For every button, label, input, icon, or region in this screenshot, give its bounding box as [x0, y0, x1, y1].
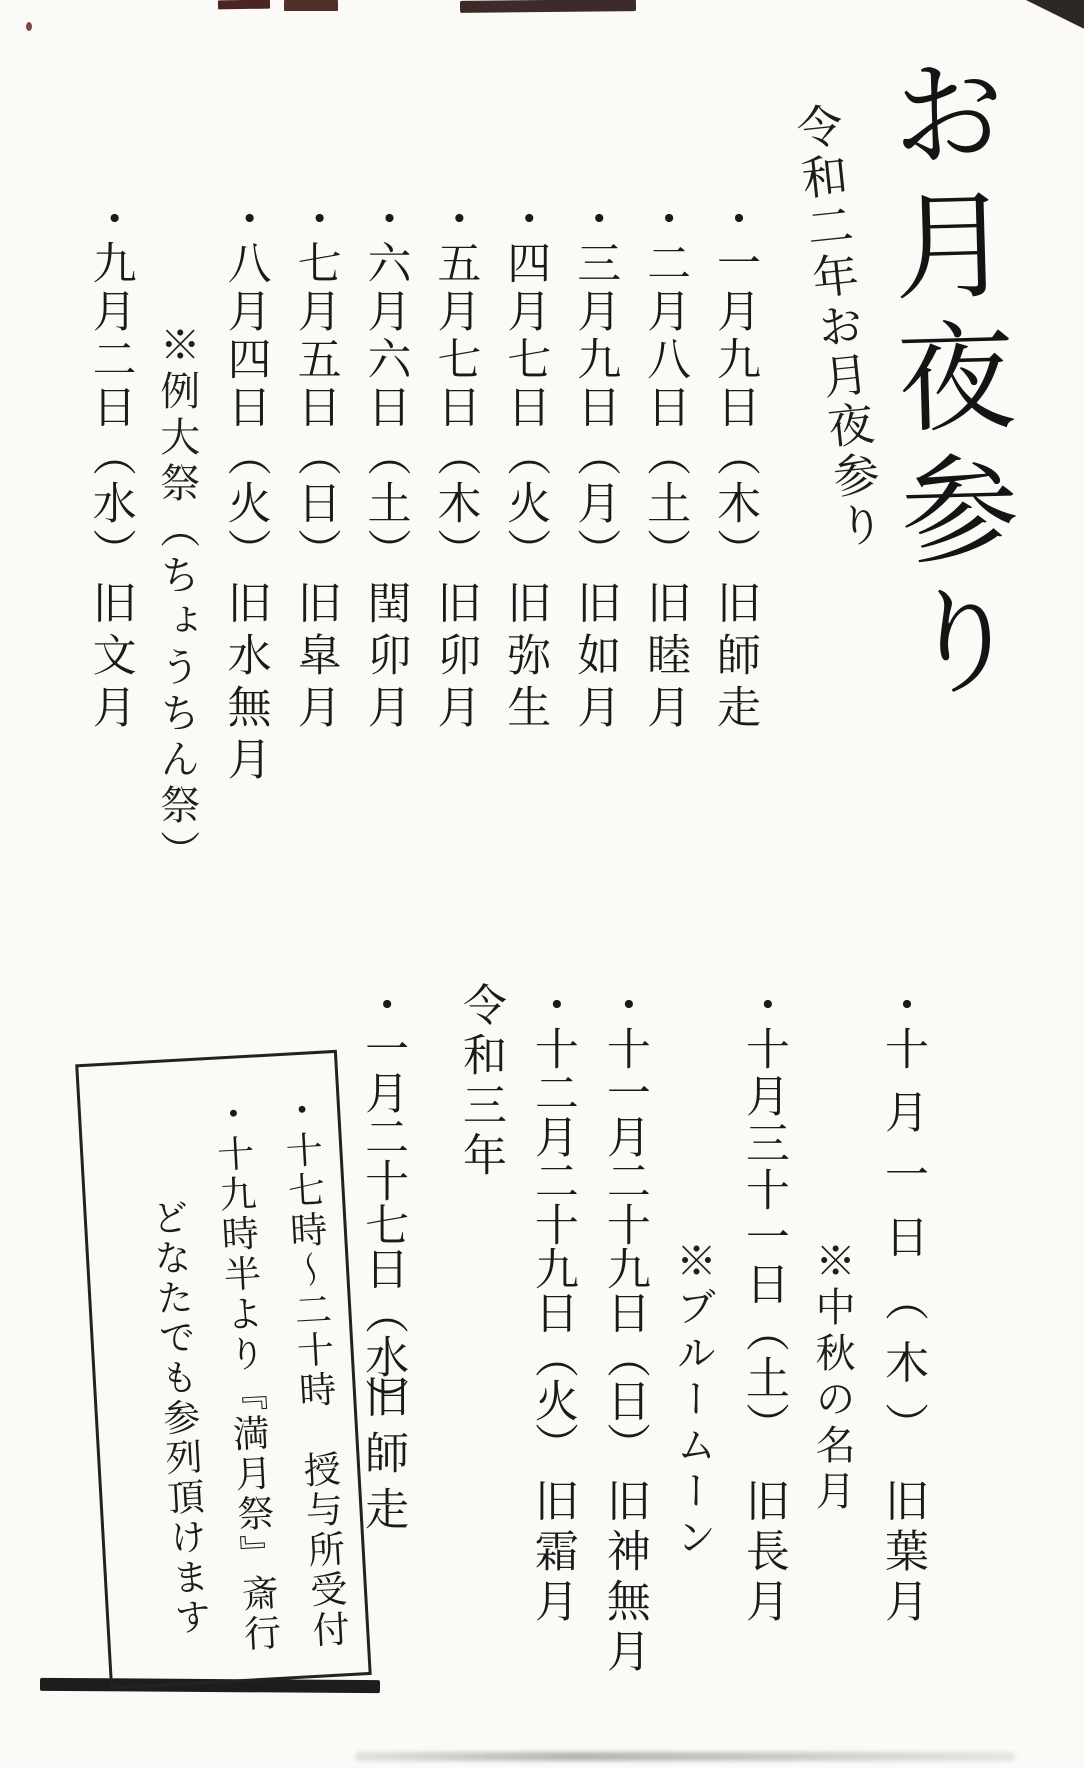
bullet-glyph: ・ — [430, 196, 479, 240]
open-attendance-line: どなたでも参列頂けます — [138, 1098, 211, 1683]
note-text: ※例大祭（ちょうちん祭） — [155, 324, 200, 876]
page-title: お月夜参り — [850, 50, 1038, 714]
old-month-text: 旧文月 — [86, 580, 135, 736]
date-text: 九月二日（水） — [84, 240, 136, 572]
date-text: 二月八日（土） — [638, 240, 690, 572]
bullet-glyph: ・ — [86, 196, 135, 240]
year-text: 令和三年 — [456, 982, 505, 1182]
note-text: ※ブルームーン — [671, 1240, 716, 1562]
old-month-text: 旧睦月 — [640, 580, 689, 736]
date-text: 四月七日（火） — [498, 240, 550, 572]
old-month-text: 旧霜月 — [528, 1478, 577, 1628]
old-month-text: 旧弥生 — [500, 580, 549, 736]
old-month-text: 旧神無月 — [600, 1478, 649, 1678]
note-text: ※中秋の名月 — [810, 1240, 855, 1516]
bullet-glyph: ・ — [360, 196, 409, 240]
bullet-glyph: ・ — [739, 982, 788, 1026]
bullet-glyph: ・ — [291, 196, 340, 240]
date-text: 一月九日（木） — [708, 240, 760, 572]
harvest-moon-note: ※中秋の名月 — [809, 982, 856, 1762]
old-month-text: 旧皐月 — [291, 580, 340, 736]
scan-mark-top-right-corner — [1018, 0, 1084, 36]
bullet-glyph: ・ — [358, 982, 407, 1026]
scan-dot-top-left — [26, 22, 32, 31]
date-text: 三月九日（月） — [568, 240, 620, 572]
date-text: 六月六日（土） — [359, 240, 411, 572]
list-item: ・十月三十一日（土）旧長月 — [737, 982, 789, 1762]
full-moon-festival-line: ・十九時半より『満月祭』斎行 — [207, 1094, 280, 1679]
list-item: ・十二月二十九日（火）旧霜月 — [526, 982, 578, 1762]
bullet-glyph: ・ — [710, 196, 759, 240]
bullet-glyph: ・ — [528, 982, 577, 1026]
reiwa3-year-label: 令和三年 — [454, 982, 506, 1762]
ceremony-info-box: ・十七時〜二十時 授与所受付 ・十九時半より『満月祭』斎行 どなたでも参列頂けま… — [75, 1050, 372, 1690]
moon-dates-list-oct-jan: ・十月一日（木）旧葉月 ※中秋の名月 ・十月三十一日（土）旧長月 ※ブルームーン… — [336, 982, 928, 1762]
bullet-glyph: ・ — [221, 196, 270, 240]
old-month-text: 旧師走 — [710, 580, 759, 736]
scan-mark-top-left-1 — [218, 0, 270, 9]
old-month-text: 旧卯月 — [430, 580, 479, 736]
date-text: 十月一日（木） — [876, 1026, 928, 1446]
date-text: 十月三十一日（土） — [737, 1026, 789, 1446]
date-text: 七月五日（日） — [289, 240, 341, 572]
bullet-glyph: ・ — [640, 196, 689, 240]
list-item: ・十一月二十九日（日）旧神無月 — [598, 982, 650, 1762]
old-month-text: 旧葉月 — [878, 1478, 927, 1628]
old-month-text: 旧水無月 — [221, 580, 270, 788]
old-month-text: 旧長月 — [739, 1478, 788, 1628]
flyer-page: お月夜参り 令和二年お月夜参り ・一月九日（木）旧師走 ・二月八日（土）旧睦月 … — [0, 0, 1084, 1768]
bullet-glyph: ・ — [500, 196, 549, 240]
bullet-glyph: ・ — [600, 982, 649, 1026]
date-text: 一月二十七日（水） — [356, 1026, 408, 1326]
old-month-text: 旧師走 — [358, 1374, 407, 1542]
ceremony-info-content: ・十七時〜二十時 授与所受付 ・十九時半より『満月祭』斎行 どなたでも参列頂けま… — [78, 1053, 368, 1686]
date-text: 十二月二十九日（火） — [526, 1026, 578, 1446]
reception-hours-line: ・十七時〜二十時 授与所受付 — [275, 1090, 348, 1675]
bullet-glyph: ・ — [878, 982, 927, 1026]
scan-mark-top-left-2 — [284, 0, 338, 11]
old-month-text: 旧如月 — [570, 580, 619, 736]
date-text: 五月七日（木） — [428, 240, 480, 572]
date-text: 八月四日（火） — [219, 240, 271, 572]
list-item: ・十月一日（木）旧葉月 — [876, 982, 928, 1762]
scan-mark-top-center — [460, 0, 636, 13]
old-month-text: 閏卯月 — [360, 580, 409, 736]
date-text: 十一月二十九日（日） — [598, 1026, 650, 1446]
blue-moon-note: ※ブルームーン — [670, 982, 717, 1762]
bullet-glyph: ・ — [570, 196, 619, 240]
